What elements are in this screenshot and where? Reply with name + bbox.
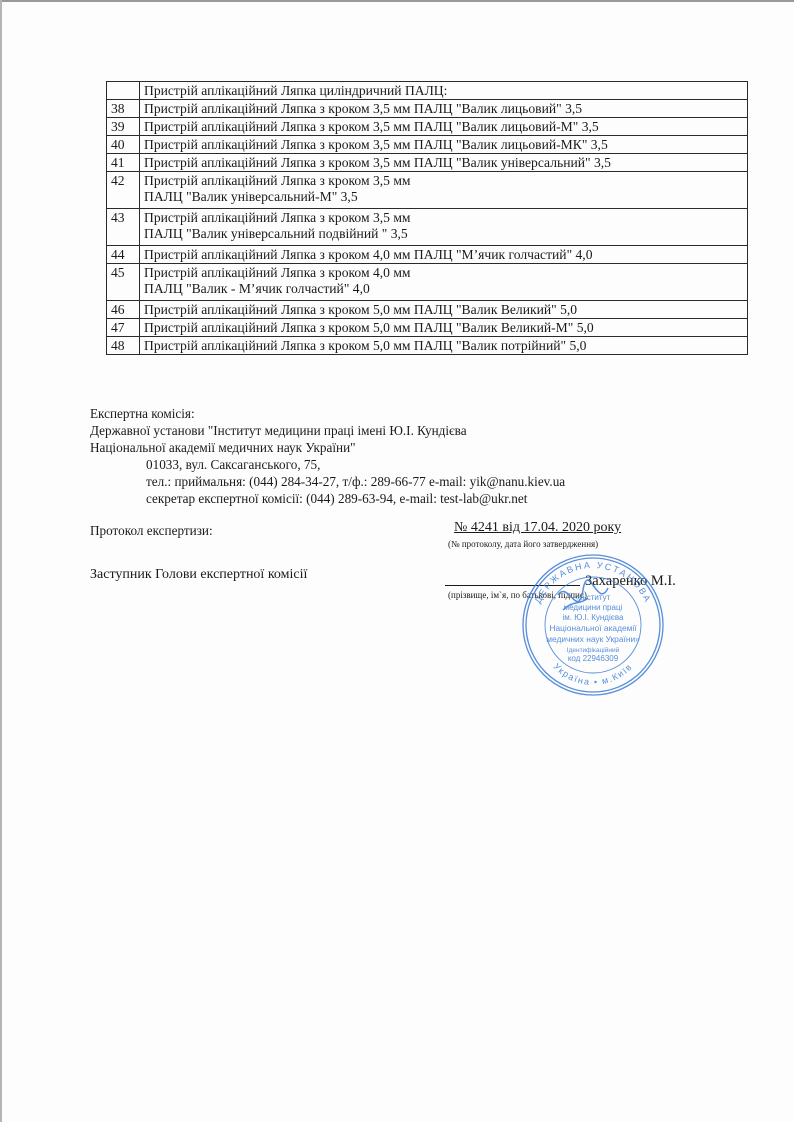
row-number: 45 [107,264,140,301]
description-line: Пристрій аплікаційний Ляпка з кроком 3,5… [144,119,743,135]
table-row: 43Пристрій аплікаційний Ляпка з кроком 3… [107,209,748,246]
table-row: 45Пристрій аплікаційний Ляпка з кроком 4… [107,264,748,301]
svg-text:код 22946309: код 22946309 [568,654,619,663]
svg-text:Національної академії: Національної академії [549,623,637,633]
description-line: ПАЛЦ "Валик універсальний подвійний " 3,… [144,226,743,242]
commission-address: 01033, вул. Саксаганського, 75, [90,456,565,473]
description-line: Пристрій аплікаційний Ляпка з кроком 3,5… [144,173,743,189]
row-description: Пристрій аплікаційний Ляпка з кроком 3,5… [140,154,748,172]
row-number: 41 [107,154,140,172]
row-number: 47 [107,319,140,337]
row-description: Пристрій аплікаційний Ляпка з кроком 3,5… [140,136,748,154]
table-row: 42Пристрій аплікаційний Ляпка з кроком 3… [107,172,748,209]
commission-secretary: секретар експертної комісії: (044) 289-6… [90,490,565,507]
description-line: Пристрій аплікаційний Ляпка з кроком 4,0… [144,265,743,281]
scan-edge-left [0,0,2,1122]
table-row: 40Пристрій аплікаційний Ляпка з кроком 3… [107,136,748,154]
description-line: ПАЛЦ "Валик універсальний-М" 3,5 [144,189,743,205]
row-number: 46 [107,301,140,319]
row-number: 39 [107,118,140,136]
description-line: Пристрій аплікаційний Ляпка з кроком 5,0… [144,302,743,318]
protocol-value: № 4241 від 17.04. 2020 року [454,520,621,536]
protocol-label: Протокол експертизи: [90,523,213,539]
table-header-row: Пристрій аплікаційний Ляпка циліндричний… [107,82,748,100]
description-line: ПАЛЦ "Валик - М’ячик голчастий" 4,0 [144,281,743,297]
row-number: 43 [107,209,140,246]
header-num-cell [107,82,140,100]
row-number: 40 [107,136,140,154]
table-row: 41Пристрій аплікаційний Ляпка з кроком 3… [107,154,748,172]
row-description: Пристрій аплікаційний Ляпка з кроком 3,5… [140,118,748,136]
deputy-role: Заступник Голови експертної комісії [90,567,307,583]
row-description: Пристрій аплікаційний Ляпка з кроком 4,0… [140,246,748,264]
row-description: Пристрій аплікаційний Ляпка з кроком 3,5… [140,172,748,209]
table-row: 39Пристрій аплікаційний Ляпка з кроком 3… [107,118,748,136]
row-number: 38 [107,100,140,118]
table-row: 44Пристрій аплікаційний Ляпка з кроком 4… [107,246,748,264]
row-description: Пристрій аплікаційний Ляпка з кроком 3,5… [140,209,748,246]
svg-text:Ідентифікаційний: Ідентифікаційний [567,646,620,654]
row-description: Пристрій аплікаційний Ляпка з кроком 4,0… [140,264,748,301]
row-description: Пристрій аплікаційний Ляпка з кроком 5,0… [140,337,748,355]
protocol-caption: (№ протоколу, дата його затвердження) [448,539,598,549]
description-line: Пристрій аплікаційний Ляпка з кроком 5,0… [144,338,743,354]
description-line: Пристрій аплікаційний Ляпка з кроком 3,5… [144,155,743,171]
description-line: Пристрій аплікаційний Ляпка з кроком 4,0… [144,247,743,263]
svg-text:ім. Ю.І. Кундієва: ім. Ю.І. Кундієва [563,613,624,622]
commission-org-line1: Державної установи "Інститут медицини пр… [90,422,565,439]
table-row: 47Пристрій аплікаційний Ляпка з кроком 5… [107,319,748,337]
description-line: Пристрій аплікаційний Ляпка з кроком 3,5… [144,137,743,153]
table-row: 48Пристрій аплікаційний Ляпка з кроком 5… [107,337,748,355]
scan-edge-top [0,0,794,2]
svg-text:медичних наук України»: медичних наук України» [546,634,640,644]
description-line: Пристрій аплікаційний Ляпка з кроком 3,5… [144,210,743,226]
expert-commission-block: Експертна комісія: Державної установи "І… [90,405,565,507]
svg-text:Україна • м.Київ: Україна • м.Київ [552,661,635,687]
official-stamp: ДЕРЖАВНА УСТАНОВА Україна • м.Київ «Інст… [518,550,668,700]
row-description: Пристрій аплікаційний Ляпка з кроком 5,0… [140,319,748,337]
table-row: 38Пристрій аплікаційний Ляпка з кроком 3… [107,100,748,118]
header-text-cell: Пристрій аплікаційний Ляпка циліндричний… [140,82,748,100]
row-number: 44 [107,246,140,264]
row-description: Пристрій аплікаційний Ляпка з кроком 5,0… [140,301,748,319]
description-line: Пристрій аплікаційний Ляпка з кроком 3,5… [144,101,743,117]
description-line: Пристрій аплікаційний Ляпка з кроком 5,0… [144,320,743,336]
commission-title: Експертна комісія: [90,405,565,422]
row-number: 42 [107,172,140,209]
table-row: 46Пристрій аплікаційний Ляпка з кроком 5… [107,301,748,319]
row-number: 48 [107,337,140,355]
row-description: Пристрій аплікаційний Ляпка з кроком 3,5… [140,100,748,118]
commission-phones: тел.: приймальня: (044) 284-34-27, т/ф.:… [90,473,565,490]
stamp-seal-icon: ДЕРЖАВНА УСТАНОВА Україна • м.Київ «Інст… [518,550,668,700]
commission-org-line2: Національної академії медичних наук Укра… [90,439,565,456]
devices-table: Пристрій аплікаційний Ляпка циліндричний… [106,81,748,355]
